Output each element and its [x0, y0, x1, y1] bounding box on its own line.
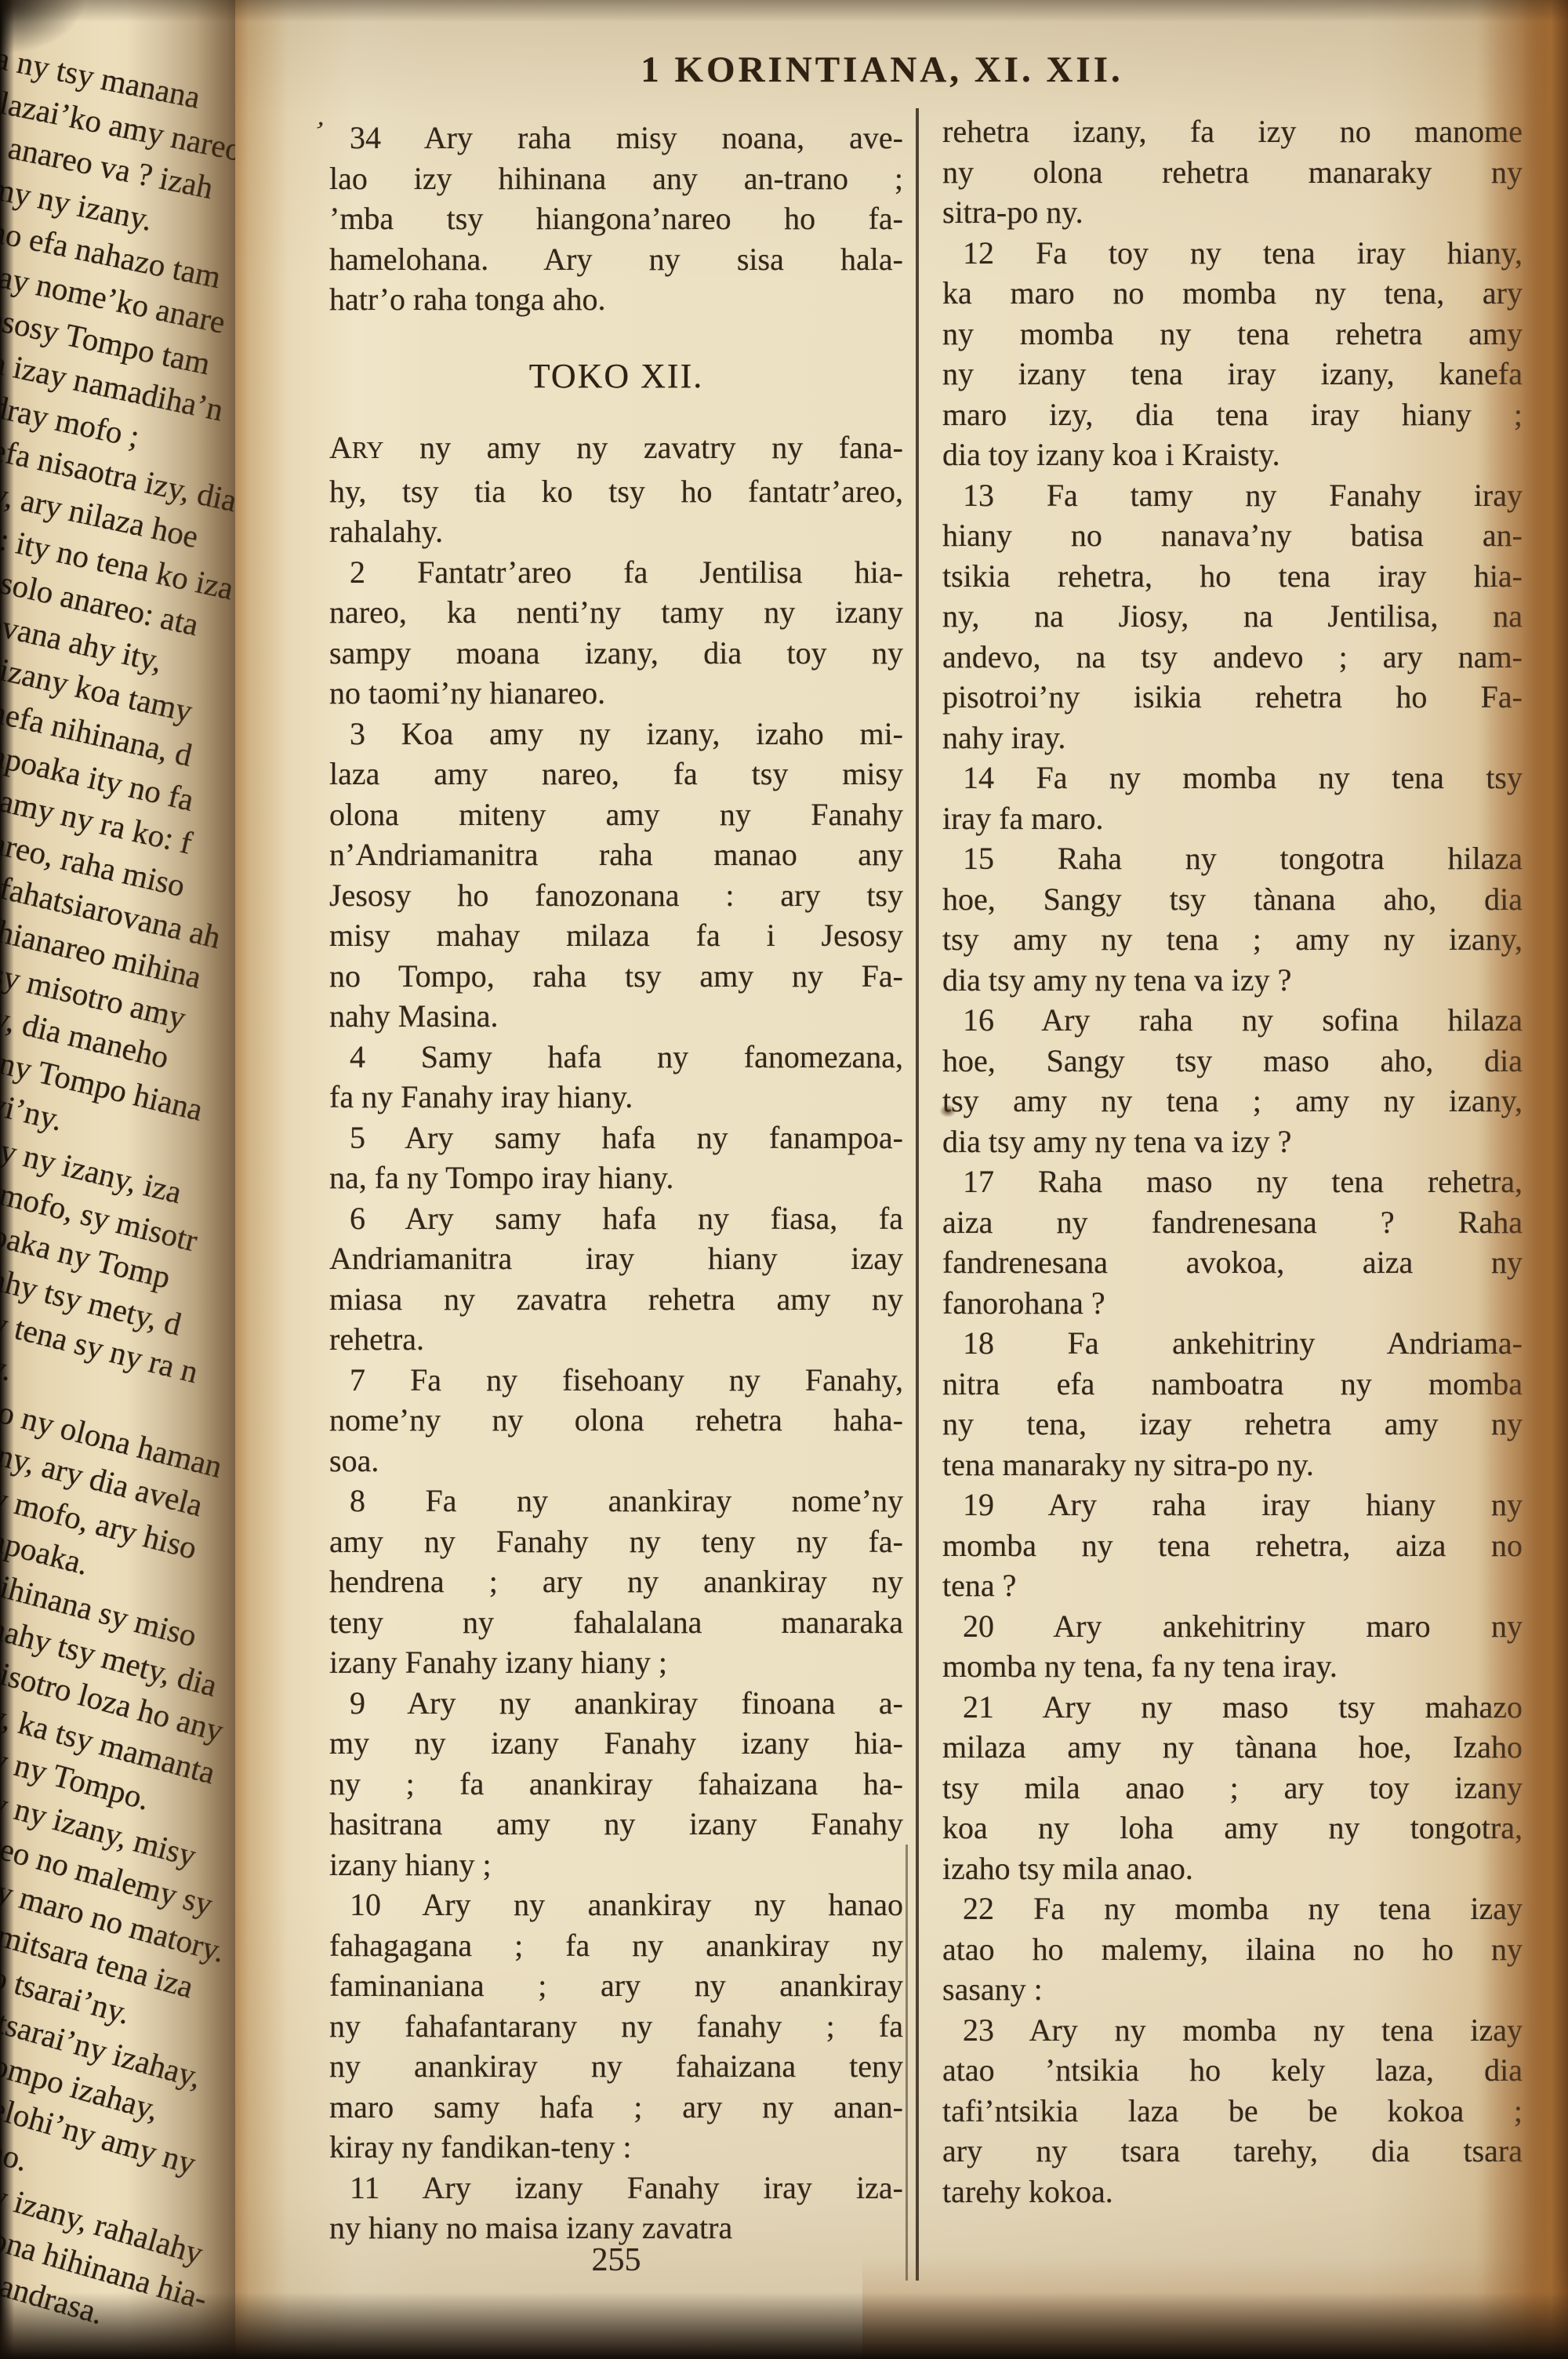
verse-line: 21 Ary ny maso tsy mahazo: [942, 1687, 1523, 1728]
verse-line: 23 Ary ny momba ny tena izay: [942, 2010, 1523, 2051]
verse-line: tsy mila anao ; ary toy izany: [942, 1768, 1523, 1808]
verse-line: Jesosy ho fanozonana : ary tsy: [329, 875, 903, 916]
verse-line: momba ny tena, fa ny tena iray.: [942, 1646, 1523, 1687]
verse: 23 Ary ny momba ny tena izayatao ’ntsiki…: [942, 2010, 1523, 2212]
verse-line: hiany no nanava’ny batisa an-: [942, 515, 1523, 556]
verse-line: fandrenesana avokoa, aiza ny: [942, 1242, 1523, 1283]
verse: rehetra izany, fa izy no manomeny olona …: [942, 111, 1523, 233]
verse-line: ny fahafantarany ny fanahy ; fa: [329, 2006, 903, 2047]
spine-line: zao.: [0, 2129, 32, 2179]
ink-mark: ʼ: [309, 114, 328, 148]
verse-line: 34 Ary raha misy noana, ave-: [329, 118, 903, 158]
verse-line: 8 Fa ny anankiray nome’ny: [329, 1481, 903, 1521]
smallcaps-lead: RY: [352, 437, 384, 463]
verse: 11 Ary izany Fanahy iray iza-ny hiany no…: [329, 2168, 903, 2248]
verse: 21 Ary ny maso tsy mahazomilaza amy ny t…: [942, 1687, 1523, 1889]
verse: 6 Ary samy hafa ny fiasa, faAndriamanitr…: [329, 1198, 903, 1360]
verse-line: ARY ny amy ny zavatry ny fana-: [329, 427, 903, 471]
verse-line: 19 Ary raha iray hiany ny: [942, 1485, 1523, 1525]
verse-line: maro izy, dia tena iray hiany ;: [942, 394, 1523, 435]
verse-line: soa.: [329, 1441, 903, 1481]
verse: 22 Fa ny momba ny tena izayatao ho malem…: [942, 1888, 1523, 2010]
verse-line: hamelohana. Ary ny sisa hala-: [329, 239, 903, 280]
right-column: rehetra izany, fa izy no manomeny olona …: [942, 111, 1523, 2212]
verse: 5 Ary samy hafa ny fanampoa-na, fa ny To…: [329, 1118, 903, 1198]
verse-line: ny momba ny tena rehetra amy: [942, 314, 1523, 354]
verse-line: 18 Fa ankehitriny Andriama-: [942, 1323, 1523, 1364]
book-photo: tra ny tsy mananao lazai’ko amy nareora …: [0, 0, 1568, 2359]
verse-line: n’Andriamanitra raha manao any: [329, 834, 903, 875]
verse-line: dia toy izany koa i Kraisty.: [942, 434, 1523, 475]
verse-line: dia tsy amy ny tena va izy ?: [942, 960, 1523, 1001]
verse-line: momba ny tena rehetra, aiza no: [942, 1525, 1523, 1566]
verse-line: rehetra.: [329, 1319, 903, 1360]
ink-blot: [939, 1104, 956, 1118]
verse-line: dia tsy amy ny tena va izy ?: [942, 1121, 1523, 1162]
verse-line: 13 Fa tamy ny Fanahy iray: [942, 475, 1523, 516]
verse-line: 14 Fa ny momba ny tena tsy: [942, 758, 1523, 798]
verse-line: ny izany tena iray izany, kanefa: [942, 354, 1523, 394]
verse-line: lao izy hihinana any an-trano ;: [329, 158, 903, 199]
verse-line: miasa ny zavatra rehetra amy ny: [329, 1279, 903, 1320]
verse: 2 Fantatr’areo fa Jentilisa hia-nareo, k…: [329, 552, 903, 714]
verse-line: 17 Raha maso ny tena rehetra,: [942, 1161, 1523, 1202]
verse-line: hendrena ; ary ny anankiray ny: [329, 1561, 903, 1602]
verse: 17 Raha maso ny tena rehetra,aiza ny fan…: [942, 1161, 1523, 1323]
verse-line: ka maro no momba ny tena, ary: [942, 273, 1523, 314]
verse-line: 20 Ary ankehitriny maro ny: [942, 1606, 1523, 1647]
page-number: 255: [329, 2241, 903, 2279]
verse-line: tsy amy ny tena ; amy ny izany,: [942, 1081, 1523, 1121]
spine-page: tra ny tsy mananao lazai’ko amy nareora …: [0, 0, 235, 2359]
verse-line: izany Fanahy izany hiany ;: [329, 1642, 903, 1683]
running-header: 1 KORINTIANA, XI. XII.: [306, 49, 1458, 91]
verse-line: faminaniana ; ary ny anankiray: [329, 1965, 903, 2006]
verse-line: nome’ny ny olona rehetra haha-: [329, 1400, 903, 1441]
verse: 13 Fa tamy ny Fanahy irayhiany no nanava…: [942, 475, 1523, 758]
verse: 8 Fa ny anankiray nome’nyamy ny Fanahy n…: [329, 1481, 903, 1683]
verse-line: pisotroi’ny isikia rehetra ho Fa-: [942, 677, 1523, 718]
verse-line: fahagagana ; fa ny anankiray ny: [329, 1925, 903, 1966]
verse: 12 Fa toy ny tena iray hiany,ka maro no …: [942, 233, 1523, 475]
verse-line: 9 Ary ny anankiray finoana a-: [329, 1683, 903, 1724]
verse-line: teny ny fahalalana manaraka: [329, 1602, 903, 1643]
verse-line: sitra-po ny.: [942, 192, 1523, 233]
verse: 19 Ary raha iray hiany nymomba ny tena r…: [942, 1485, 1523, 1606]
verse-line: ny tena, izay rehetra amy ny: [942, 1404, 1523, 1445]
verse-line: ny ; fa anankiray fahaizana ha-: [329, 1764, 903, 1805]
verse: 4 Samy hafa ny fanomezana,fa ny Fanahy i…: [329, 1037, 903, 1118]
verse-line: hasitrana amy ny izany Fanahy: [329, 1804, 903, 1845]
left-column: 34 Ary raha misy noana, ave-lao izy hihi…: [329, 118, 903, 2248]
verse-line: 6 Ary samy hafa ny fiasa, fa: [329, 1198, 903, 1239]
verse-line: 5 Ary samy hafa ny fanampoa-: [329, 1118, 903, 1158]
verse-line: milaza amy ny tànana hoe, Izaho: [942, 1727, 1523, 1768]
spine-line: zy.: [0, 1344, 16, 1388]
verse-line: sasany :: [942, 1969, 1523, 2010]
verse-line: hy, tsy tia ko tsy ho fantatr’areo,: [329, 471, 903, 512]
verse-line: olona miteny amy ny Fanahy: [329, 794, 903, 835]
column-divider: [916, 108, 919, 2281]
verse-line: 10 Ary ny anankiray ny hanao: [329, 1885, 903, 1925]
verse: 20 Ary ankehitriny maro nymomba ny tena,…: [942, 1606, 1523, 1687]
verse-line: 16 Ary raha ny sofina hilaza: [942, 1000, 1523, 1041]
verse-line: ny, na Jiosy, na Jentilisa, na: [942, 596, 1523, 637]
verse-line: 12 Fa toy ny tena iray hiany,: [942, 233, 1523, 274]
verse-line: hatr’o raha tonga aho.: [329, 279, 903, 320]
verse-line: maro samy hafa ; ary ny anan-: [329, 2087, 903, 2128]
verse-line: rehetra izany, fa izy no manome: [942, 111, 1523, 152]
verse: ARY ny amy ny zavatry ny fana-hy, tsy ti…: [329, 427, 903, 552]
verse: 7 Fa ny fisehoany ny Fanahy,nome’ny ny o…: [329, 1360, 903, 1481]
verse-line: hoe, Sangy tsy maso aho, dia: [942, 1041, 1523, 1081]
verse-line: ary ny tsara tarehy, dia tsara: [942, 2131, 1523, 2172]
verse-line: 3 Koa amy ny izany, izaho mi-: [329, 714, 903, 754]
main-page: 1 KORINTIANA, XI. XII. ʼ 34 Ary raha mis…: [235, 0, 1568, 2359]
verse-line: sampy moana izany, dia toy ny: [329, 633, 903, 674]
verse-line: fanorohana ?: [942, 1283, 1523, 1324]
verse-line: atao ho malemy, ilaina no ho ny: [942, 1929, 1523, 1970]
verse-line: ny anankiray ny fahaizana teny: [329, 2046, 903, 2087]
verse-line: amy ny Fanahy ny teny ny fa-: [329, 1521, 903, 1562]
verse-line: laza amy nareo, fa tsy misy: [329, 754, 903, 794]
verse-line: 2 Fantatr’areo fa Jentilisa hia-: [329, 552, 903, 593]
verse-line: fa ny Fanahy iray hiany.: [329, 1077, 903, 1118]
verse-line: misy mahay milaza fa i Jesosy: [329, 915, 903, 956]
verse-line: na, fa ny Tompo iray hiany.: [329, 1158, 903, 1198]
verse: 3 Koa amy ny izany, izaho mi-laza amy na…: [329, 714, 903, 1037]
verse-line: rahalahy.: [329, 511, 903, 552]
verse-line: 11 Ary izany Fanahy iray iza-: [329, 2168, 903, 2208]
verse-line: nitra efa namboatra ny momba: [942, 1364, 1523, 1405]
verse: 9 Ary ny anankiray finoana a-my ny izany…: [329, 1683, 903, 1885]
verse: 10 Ary ny anankiray ny hanaofahagagana ;…: [329, 1885, 903, 2168]
verse-line: Andriamanitra iray hiany izay: [329, 1238, 903, 1279]
verse-line: 22 Fa ny momba ny tena izay: [942, 1888, 1523, 1929]
verse-line: tsy amy ny tena ; amy ny izany,: [942, 919, 1523, 960]
verse-line: 15 Raha ny tongotra hilaza: [942, 838, 1523, 879]
verse-line: no Tompo, raha tsy amy ny Fa-: [329, 956, 903, 997]
verse-line: tsikia rehetra, ho tena iray hia-: [942, 556, 1523, 597]
verse: 16 Ary raha ny sofina hilazahoe, Sangy t…: [942, 1000, 1523, 1161]
chapter-heading: TOKO XII.: [329, 356, 903, 397]
verse-line: hoe, Sangy tsy tànana aho, dia: [942, 879, 1523, 920]
verse-line: tena ?: [942, 1565, 1523, 1606]
verse-line: tafi’ntsikia laza be be kokoa ;: [942, 2091, 1523, 2132]
verse-line: koa ny loha amy ny tongotra,: [942, 1808, 1523, 1848]
verse-line: nahy Masina.: [329, 996, 903, 1037]
verse: 15 Raha ny tongotra hilazahoe, Sangy tsy…: [942, 838, 1523, 1000]
dropcap-lead: A: [329, 430, 352, 465]
verse-line: aiza ny fandrenesana ? Raha: [942, 1202, 1523, 1243]
verse-line: no taomi’ny hianareo.: [329, 673, 903, 714]
verse-line: my ny izany Fanahy izany hia-: [329, 1723, 903, 1764]
verse-line: atao ’ntsikia ho kely laza, dia: [942, 2050, 1523, 2091]
verse: 14 Fa ny momba ny tena tsyiray fa maro.: [942, 758, 1523, 838]
verse: 18 Fa ankehitriny Andriama-nitra efa nam…: [942, 1323, 1523, 1485]
verse-line: 7 Fa ny fisehoany ny Fanahy,: [329, 1360, 903, 1401]
verse-line: 4 Samy hafa ny fanomezana,: [329, 1037, 903, 1078]
verse-line: izany hiany ;: [329, 1845, 903, 1885]
column-divider-secondary: [906, 1845, 908, 2281]
verse-line: andevo, na tsy andevo ; ary nam-: [942, 637, 1523, 678]
verse-line: nahy iray.: [942, 718, 1523, 758]
verse-line: kiray ny fandikan-teny :: [329, 2127, 903, 2168]
verse-line: nareo, ka nenti’ny tamy ny izany: [329, 592, 903, 633]
verse-line: ’mba tsy hiangona’nareo ho fa-: [329, 198, 903, 239]
verse-line: izaho tsy mila anao.: [942, 1848, 1523, 1889]
verse-line: tena manaraky ny sitra-po ny.: [942, 1445, 1523, 1485]
verse: 34 Ary raha misy noana, ave-lao izy hihi…: [329, 118, 903, 320]
verse-line: ny olona rehetra manaraky ny: [942, 152, 1523, 193]
verse-line: tarehy kokoa.: [942, 2172, 1523, 2212]
verse-line: iray fa maro.: [942, 798, 1523, 839]
